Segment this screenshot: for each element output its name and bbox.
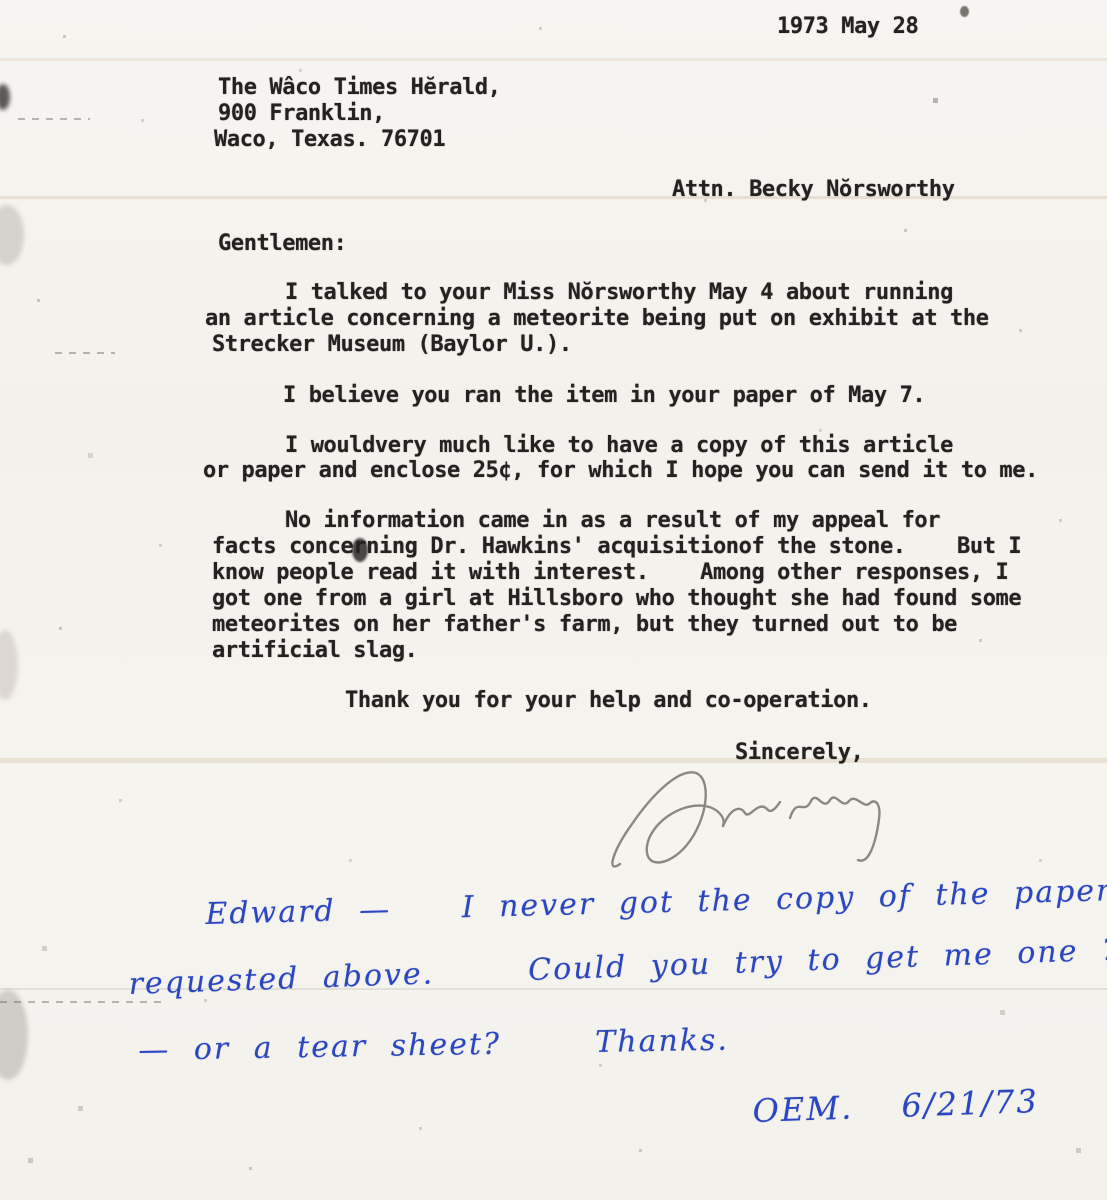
scan-streak <box>0 758 1107 763</box>
letter-date: 1973 May 28 <box>777 14 918 39</box>
handwritten-note-line3: — or a tear sheet? Thanks. <box>138 1023 729 1068</box>
attention-line: Attn. Becky Nŏrsworthy <box>672 177 955 202</box>
recipient-name: The Wâco Times Hĕrald, <box>218 75 501 100</box>
paragraph1-line3: Strecker Museum (Baylor U.). <box>212 332 572 357</box>
paragraph4-line3: know people read it with interest. Among… <box>212 560 1008 585</box>
handwritten-note-line2: requested above. Could you try to get me… <box>128 932 1107 1002</box>
handwritten-initials-date: OEM. 6/21/73 <box>752 1082 1039 1130</box>
edge-smudge <box>0 990 28 1080</box>
edge-smudge <box>0 205 24 265</box>
closing-thanks: Thank you for your help and co-operation… <box>345 688 872 713</box>
signature-oscar-monnig <box>608 762 928 887</box>
paragraph4-line4: got one from a girl at Hillsboro who tho… <box>212 586 1021 611</box>
scanned-letter-page: 1973 May 28 The Wâco Times Hĕrald, 900 F… <box>0 0 1107 1200</box>
paragraph2-line1: I believe you ran the item in your paper… <box>283 383 925 408</box>
scan-dash-mark <box>55 352 115 354</box>
salutation: Gentlemen: <box>218 231 346 256</box>
paragraph3-line2: or paper and enclose 25¢, for which I ho… <box>203 458 1038 483</box>
paper-specks <box>0 0 1 1</box>
paragraph4-line5: meteorites on her father's farm, but the… <box>212 612 957 637</box>
paragraph1-line1: I talked to your Miss Nŏrsworthy May 4 a… <box>285 280 953 305</box>
scan-speck <box>960 6 969 17</box>
scan-dash-mark <box>18 118 90 120</box>
edge-ink-blot <box>0 84 10 110</box>
scan-streak <box>0 58 1107 61</box>
handwritten-note-line1: Edward — I never got the copy of the pap… <box>205 873 1107 932</box>
paragraph4-line1: No information came in as a result of my… <box>285 508 940 533</box>
paragraph3-line1: I wouldvery much like to have a copy of … <box>285 433 953 458</box>
paragraph1-line2: an article concerning a meteorite being … <box>205 306 989 331</box>
recipient-street: 900 Franklin, <box>218 101 385 126</box>
edge-smudge <box>0 630 18 700</box>
signoff: Sincerely, <box>735 740 863 765</box>
paragraph4-line2: facts concerning Dr. Hawkins' acquisitio… <box>212 534 1021 559</box>
recipient-city: Waco, Texas. 76701 <box>214 127 445 152</box>
paragraph4-line6: artificial slag. <box>212 638 418 663</box>
